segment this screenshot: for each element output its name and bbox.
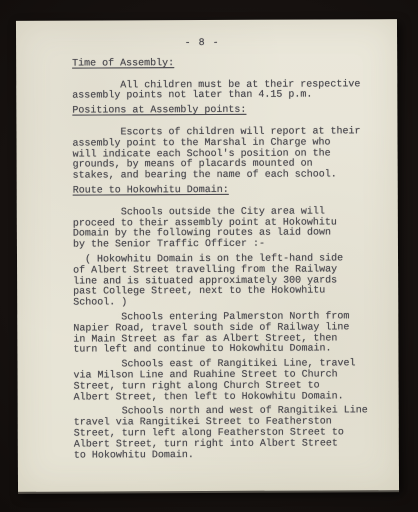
paragraph-schools-entering-from-napier-road: Schools entering Palmerston North from N… (73, 312, 373, 356)
page-content: - 8 - Time of Assembly: All children mus… (72, 38, 374, 466)
heading-route-to-hokowhitu-domain: Route to Hokowhitu Domain: (73, 185, 373, 197)
document-page: - 8 - Time of Assembly: All children mus… (16, 19, 399, 492)
paragraph-assembly-time: All children must be at their respective… (72, 80, 372, 103)
paragraph-domain-location-note: ( Hokowhitu Domain is on the left-hand s… (73, 254, 373, 309)
heading-positions-at-assembly-points: Positions at Assembly points: (72, 105, 372, 117)
paragraph-schools-outside-city: Schools outside the City area will proce… (73, 207, 373, 251)
scanner-background: - 8 - Time of Assembly: All children mus… (0, 0, 418, 512)
paragraph-escorts-report: Escorts of children will report at their… (72, 127, 372, 182)
paragraph-schools-north-west-of-rangitikei-line: Schools north and west of Rangitikei Lin… (74, 407, 374, 462)
heading-time-of-assembly: Time of Assembly: (72, 58, 372, 70)
paragraph-schools-east-of-rangitikei-line: Schools east of Rangitikei Line, travel … (73, 359, 373, 403)
page-number: - 8 - (72, 38, 332, 50)
